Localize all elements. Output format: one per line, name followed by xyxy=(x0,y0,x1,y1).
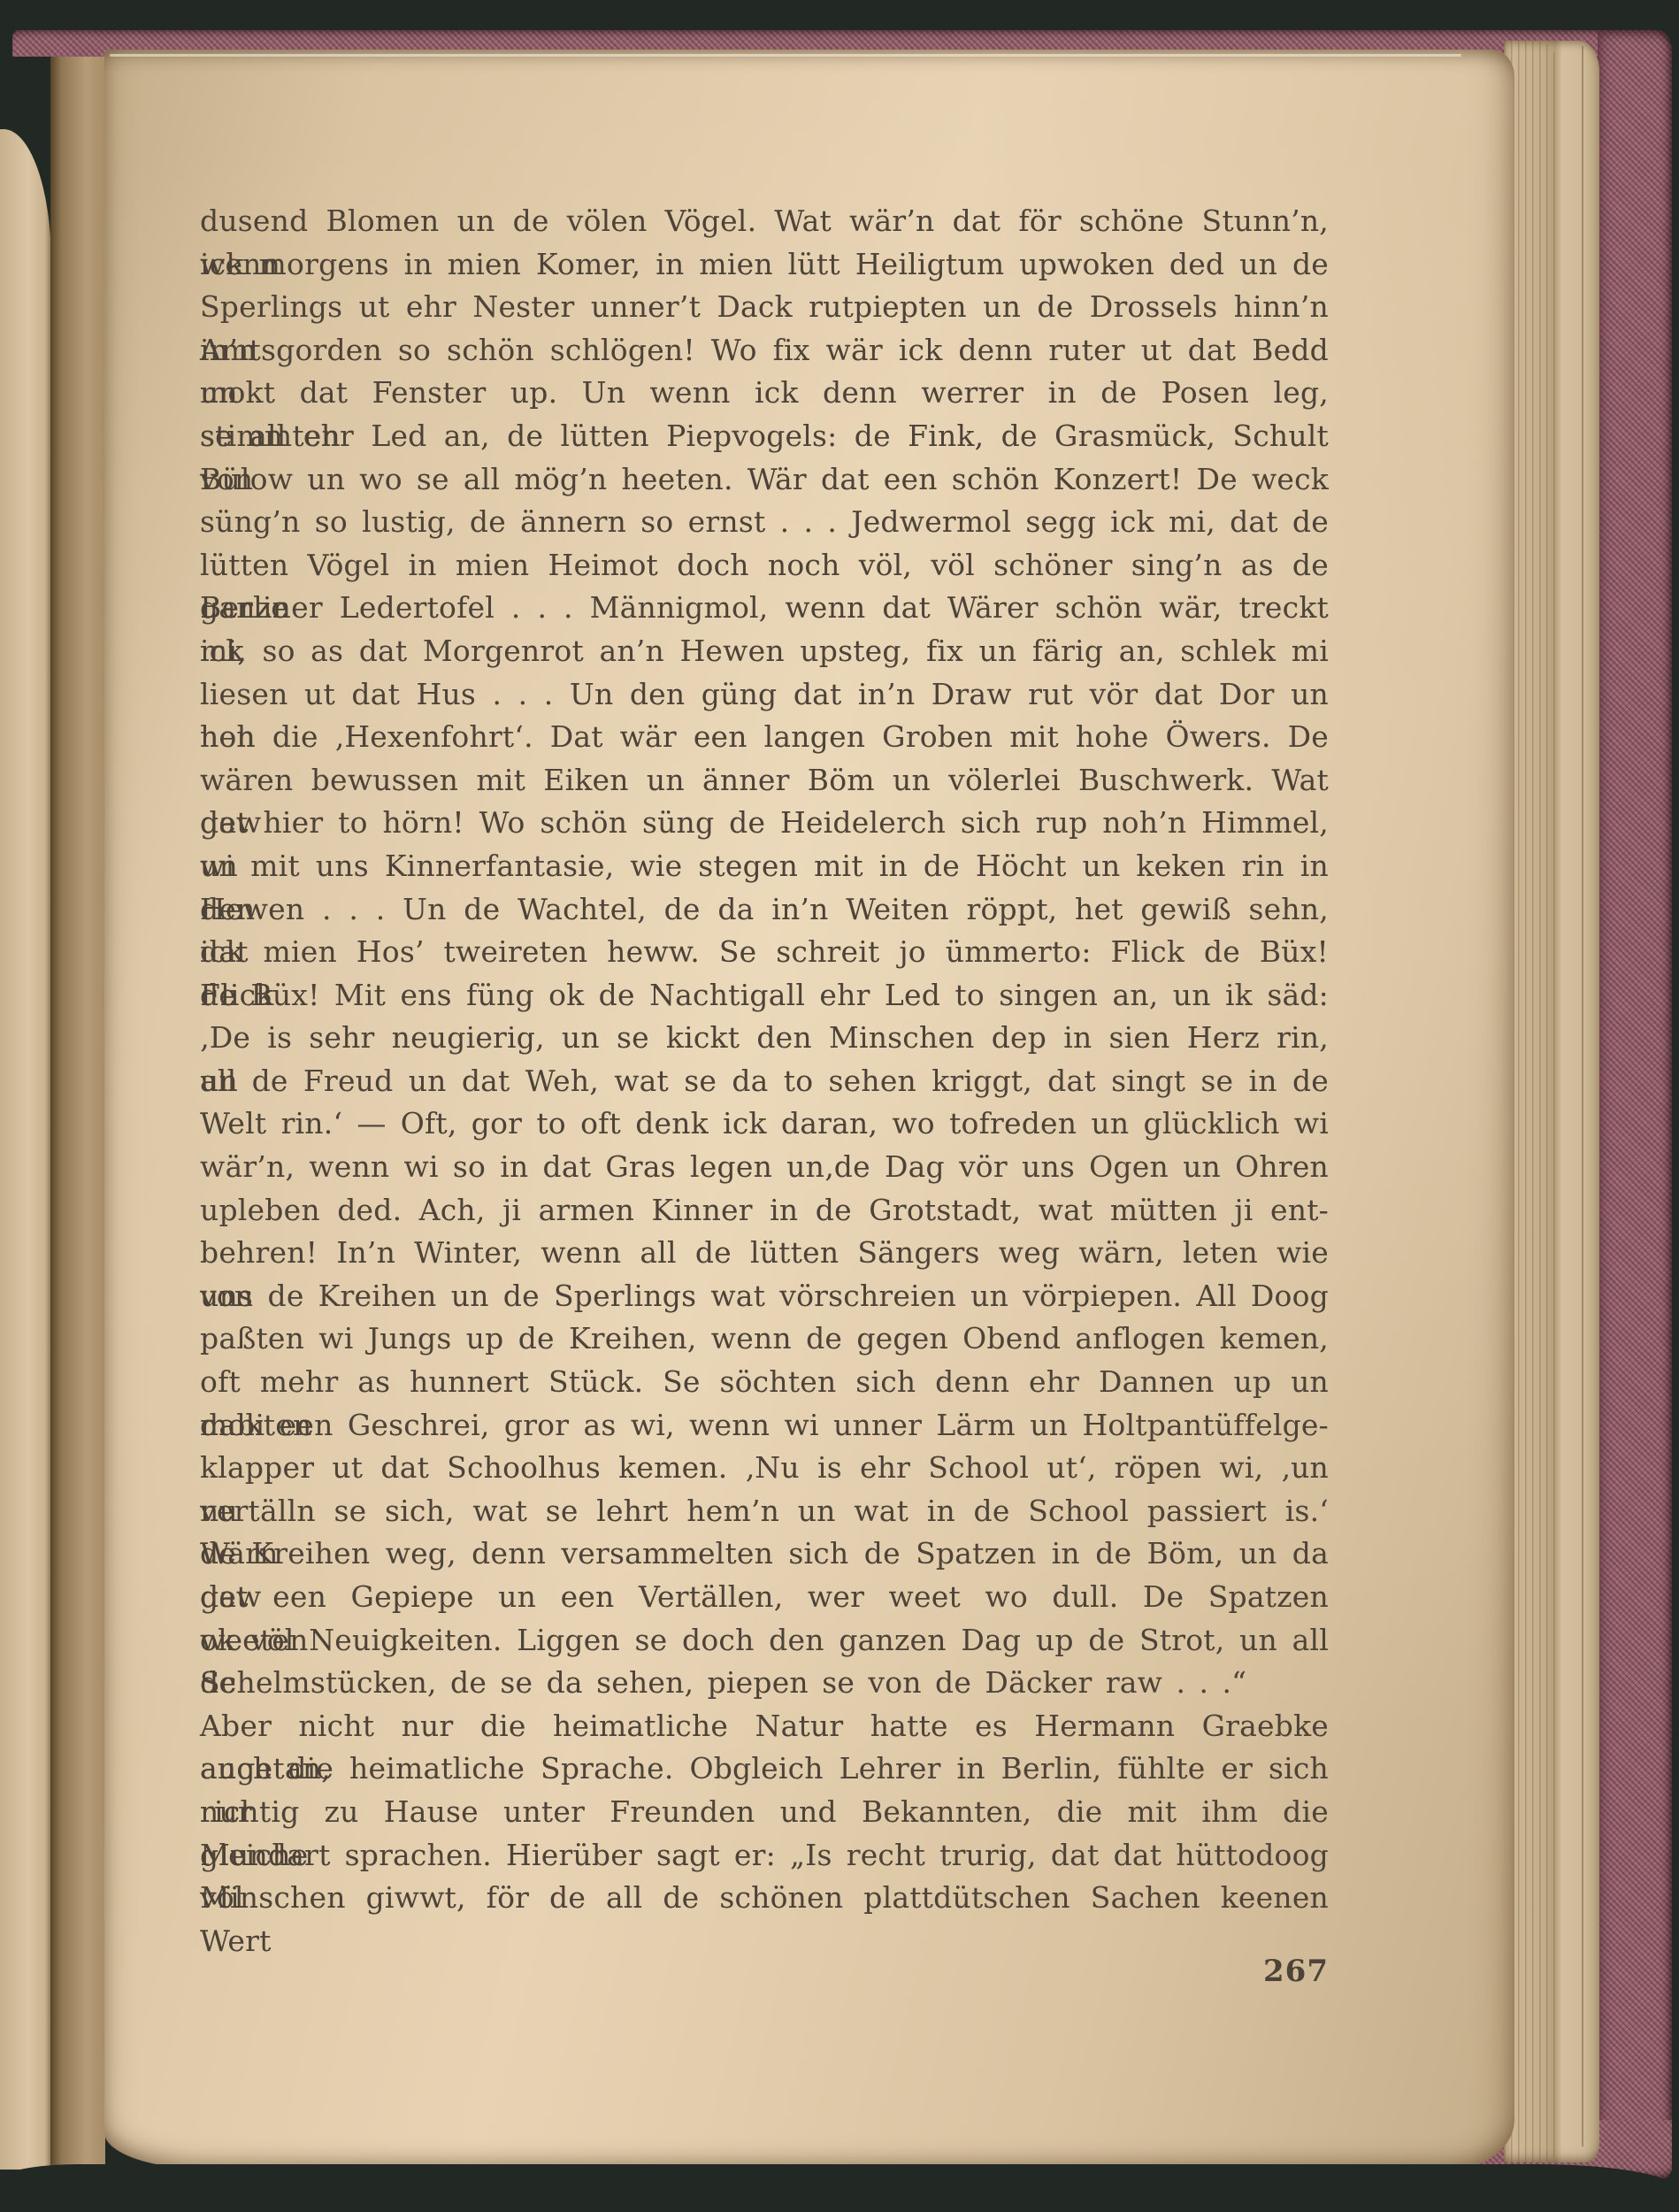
text-line: Mundart sprachen. Hierüber sagt er: „Is … xyxy=(200,1834,1329,1878)
text-line: de Kreihen weg, denn versammelten sich d… xyxy=(200,1532,1329,1576)
text-line: Amtsgorden so schön schlögen! Wo fix wär… xyxy=(200,329,1329,373)
text-line: lütten Vögel in mien Heimot doch noch vö… xyxy=(200,544,1329,588)
text-line: liesen ut dat Hus . . . Un den güng dat … xyxy=(200,673,1329,717)
left-gutter-shadow xyxy=(50,57,105,2170)
text-line: dat een Gepiepe un een Vertällen, wer we… xyxy=(200,1576,1329,1619)
book-page: dusend Blomen un de völen Vögel. Wat wär… xyxy=(104,50,1514,2170)
text-line: mokt dat Fenster up. Un wenn ick denn we… xyxy=(200,372,1329,415)
text-line: Berliner Ledertofel . . . Männigmol, wen… xyxy=(200,587,1329,630)
text-line: vertälln se sich, wat se lehrt hem’n un … xyxy=(200,1490,1329,1533)
text-line: süng’n so lustig, de ännern so ernst . .… xyxy=(200,501,1329,544)
table-surface xyxy=(0,2164,1679,2212)
text-line: ok völ Neuigkeiten. Liggen se doch den g… xyxy=(200,1619,1329,1663)
book-cover-right-edge xyxy=(1598,30,1672,2180)
text-line: de Büx! Mit ens füng ok de Nachtigall eh… xyxy=(200,974,1329,1018)
text-line: Hewen . . . Un de Wachtel, de da in’n We… xyxy=(200,888,1329,932)
text-line: von de Kreihen un de Sperlings wat vörsc… xyxy=(200,1275,1329,1318)
text-line: wi mit uns Kinnerfantasie, wie stegen mi… xyxy=(200,845,1329,888)
text-line: Sperlings ut ehr Nester unner’t Dack rut… xyxy=(200,286,1329,329)
text-line: auch die heimatliche Sprache. Obgleich L… xyxy=(200,1747,1329,1791)
text-line: klapper ut dat Schoolhus kemen. ‚Nu is e… xyxy=(200,1447,1329,1490)
text-line: upleben ded. Ach, ji armen Kinner in de … xyxy=(200,1189,1329,1233)
text-line: wären bewussen mit Eiken un änner Böm un… xyxy=(200,759,1329,803)
text-line: Bülow un wo se all mög’n heeten. Wär dat… xyxy=(200,458,1329,502)
text-line: ick mien Hos’ tweireten heww. Se schreit… xyxy=(200,931,1329,974)
text-line: ‚De is sehr neugierig, un se kickt den M… xyxy=(200,1017,1329,1060)
page-number: 267 xyxy=(200,1954,1329,1989)
text-line: paßten wi Jungs up de Kreihen, wenn de g… xyxy=(200,1317,1329,1361)
text-line: Minschen giwwt, för de all de schönen pl… xyxy=(200,1877,1329,1920)
text-line: dusend Blomen un de völen Vögel. Wat wär… xyxy=(200,200,1329,243)
text-line: all de Freud un dat Weh, wat se da to se… xyxy=(200,1060,1329,1103)
text-line: behren! In’n Winter, wenn all de lütten … xyxy=(200,1232,1329,1275)
page-text: dusend Blomen un de völen Vögel. Wat wär… xyxy=(200,200,1329,1920)
text-line: Welt rin.‘ — Oft, gor to oft denk ick da… xyxy=(200,1102,1329,1146)
text-line: ick morgens in mien Komer, in mien lütt … xyxy=(200,243,1329,287)
page-stack-fore-edge xyxy=(1504,41,1599,2162)
text-line: mi, so as dat Morgenrot an’n Hewen upste… xyxy=(200,630,1329,673)
text-line: dat hier to hörn! Wo schön süng de Heide… xyxy=(200,802,1329,845)
left-page-curl xyxy=(0,129,51,2170)
text-line: dabi een Geschrei, gror as wi, wenn wi u… xyxy=(200,1404,1329,1448)
text-line: se all ehr Led an, de lütten Piepvogels:… xyxy=(200,415,1329,458)
text-line: Aber nicht nur die heimatliche Natur hat… xyxy=(200,1705,1329,1748)
text-line: oft mehr as hunnert Stück. Se söchten si… xyxy=(200,1361,1329,1404)
text-line: Schelmstücken, de se da sehen, piepen se… xyxy=(200,1662,1329,1705)
text-line: wär’n, wenn wi so in dat Gras legen un‚d… xyxy=(200,1146,1329,1189)
text-line: noh die ‚Hexenfohrt‘. Dat wär een langen… xyxy=(200,716,1329,759)
book-photo: dusend Blomen un de völen Vögel. Wat wär… xyxy=(0,0,1679,2212)
text-line: richtig zu Hause unter Freunden und Beka… xyxy=(200,1791,1329,1834)
